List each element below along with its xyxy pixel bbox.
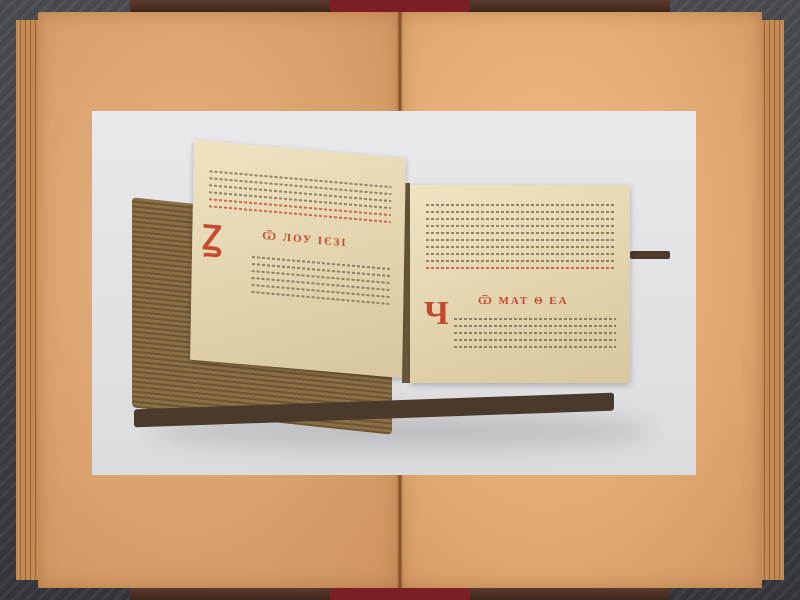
illuminated-initial: Ꙁ xyxy=(202,213,222,261)
bookmark-ribbon-bottom xyxy=(330,588,470,600)
manuscript-clasp xyxy=(630,251,670,259)
page-edges-right xyxy=(760,20,784,580)
page-edges-left xyxy=(16,20,40,580)
text-lines xyxy=(209,165,392,228)
manuscript-left-page: Ꙁ Ѿ ЛОУ ІЄЗІ xyxy=(190,140,406,378)
rubric-heading: Ѿ ЛОУ ІЄЗІ xyxy=(262,230,347,249)
illuminated-initial: Ч xyxy=(424,295,449,333)
text-lines xyxy=(454,313,616,353)
manuscript-photo: Ꙁ Ѿ ЛОУ ІЄЗІ Ч Ѿ МАТ Ѳ ЕА xyxy=(92,111,696,475)
manuscript-right-page: Ч Ѿ МАТ Ѳ ЕА xyxy=(410,185,630,383)
rubric-heading: Ѿ МАТ Ѳ ЕА xyxy=(478,295,569,307)
text-lines xyxy=(426,199,616,274)
text-lines xyxy=(251,251,390,310)
